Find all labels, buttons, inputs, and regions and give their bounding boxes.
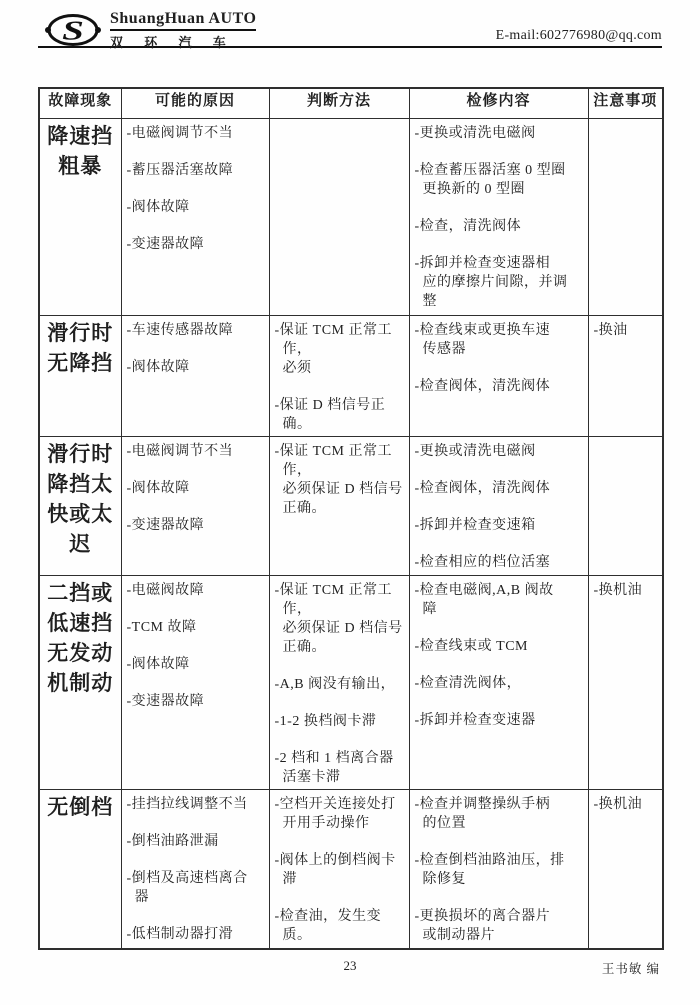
notes-cell: -换机油 bbox=[588, 575, 663, 789]
cell-item: -换油 bbox=[594, 321, 661, 340]
judgment-cell: -空档开关连接处打 开用手动操作-阀体上的倒档阀卡 滞-检查油，发生变质。 bbox=[269, 789, 409, 949]
cell-item: -倒档及高速档离合 器 bbox=[127, 869, 267, 907]
fault-table: 故障现象 可能的原因 判断方法 检修内容 注意事项 降速挡粗暴-电磁阀调节不当-… bbox=[38, 87, 664, 950]
cell-item: -2 档和 1 档离合器 活塞卡滞 bbox=[275, 749, 407, 787]
table-row: 降速挡粗暴-电磁阀调节不当-蓄压器活塞故障-阀体故障-变速器故障-更换或清洗电磁… bbox=[39, 118, 663, 315]
cell-item: -阀体故障 bbox=[127, 198, 267, 217]
table-header-row: 故障现象 可能的原因 判断方法 检修内容 注意事项 bbox=[39, 88, 663, 118]
causes-cell: -电磁阀调节不当-阀体故障-变速器故障 bbox=[121, 436, 269, 575]
column-header-phenomenon: 故障现象 bbox=[39, 88, 121, 118]
document-page: S ShuangHuan AUTO 双 环 汽 车 E-mail:6027769… bbox=[0, 0, 700, 1005]
repair-cell: -更换或清洗电磁阀-检查阀体，清洗阀体-拆卸并检查变速箱-检查相应的档位活塞 bbox=[409, 436, 588, 575]
notes-cell: -换油 bbox=[588, 315, 663, 436]
cell-item: -保证 TCM 正常工作， 必须 bbox=[275, 321, 407, 378]
column-header-repair: 检修内容 bbox=[409, 88, 588, 118]
cell-item: -检查，清洗阀体 bbox=[415, 217, 586, 236]
cell-item: -阀体故障 bbox=[127, 655, 267, 674]
judgment-cell: -保证 TCM 正常工作， 必须-保证 D 档信号正确。 bbox=[269, 315, 409, 436]
cell-item: -A,B 阀没有输出， bbox=[275, 675, 407, 694]
cell-item: -阀体故障 bbox=[127, 479, 267, 498]
cell-item: -更换或清洗电磁阀 bbox=[415, 442, 586, 461]
judgment-cell: -保证 TCM 正常工作， 必须保证 D 档信号 正确。 bbox=[269, 436, 409, 575]
cell-item: -检查线束或更换车速 传感器 bbox=[415, 321, 586, 359]
cell-item: -拆卸并检查变速箱 bbox=[415, 516, 586, 535]
cell-item: -检查油，发生变质。 bbox=[275, 907, 407, 945]
phenomenon-cell: 滑行时无降挡 bbox=[39, 315, 121, 436]
cell-item: -变速器故障 bbox=[127, 692, 267, 711]
notes-cell: -换机油 bbox=[588, 789, 663, 949]
causes-cell: -电磁阀故障-TCM 故障-阀体故障-变速器故障 bbox=[121, 575, 269, 789]
shuanghuan-logo-icon: S bbox=[44, 11, 102, 49]
cell-item: -拆卸并检查变速器相 应的摩擦片间隙，并调 整 bbox=[415, 254, 586, 311]
cell-item: -空档开关连接处打 开用手动操作 bbox=[275, 795, 407, 833]
table-row: 滑行时降挡太快或太迟-电磁阀调节不当-阀体故障-变速器故障-保证 TCM 正常工… bbox=[39, 436, 663, 575]
cell-item: -检查线束或 TCM bbox=[415, 637, 586, 656]
cell-item: -保证 TCM 正常工作， 必须保证 D 档信号 正确。 bbox=[275, 581, 407, 657]
judgment-cell: -保证 TCM 正常工作， 必须保证 D 档信号 正确。-A,B 阀没有输出，-… bbox=[269, 575, 409, 789]
cell-item: -保证 TCM 正常工作， 必须保证 D 档信号 正确。 bbox=[275, 442, 407, 518]
cell-item: -检查阀体，清洗阀体 bbox=[415, 479, 586, 498]
column-header-causes: 可能的原因 bbox=[121, 88, 269, 118]
cell-item: -更换或清洗电磁阀 bbox=[415, 124, 586, 143]
cell-item: -低档制动器打滑 bbox=[127, 925, 267, 944]
table-row: 滑行时无降挡-车速传感器故障-阀体故障-保证 TCM 正常工作， 必须-保证 D… bbox=[39, 315, 663, 436]
cell-item: -保证 D 档信号正确。 bbox=[275, 396, 407, 434]
column-header-judgment: 判断方法 bbox=[269, 88, 409, 118]
cell-item: -检查清洗阀体， bbox=[415, 674, 586, 693]
cell-item: -阀体上的倒档阀卡 滞 bbox=[275, 851, 407, 889]
brand-text: ShuangHuan AUTO 双 环 汽 车 bbox=[110, 10, 256, 51]
column-header-notes: 注意事项 bbox=[588, 88, 663, 118]
table-row: 无倒档-挂挡拉线调整不当-倒档油路泄漏-倒档及高速档离合 器-低档制动器打滑-空… bbox=[39, 789, 663, 949]
editor-credit: 王书敏 编 bbox=[602, 959, 660, 977]
cell-item: -蓄压器活塞故障 bbox=[127, 161, 267, 180]
brand-name-chinese: 双 环 汽 车 bbox=[110, 31, 256, 51]
contact-email: E-mail:602776980@qq.com bbox=[496, 28, 662, 44]
cell-item: -电磁阀故障 bbox=[127, 581, 267, 600]
cell-item: -检查并调整操纵手柄 的位置 bbox=[415, 795, 586, 833]
cell-item: -换机油 bbox=[594, 581, 661, 600]
notes-cell bbox=[588, 436, 663, 575]
brand-name-english: ShuangHuan AUTO bbox=[110, 10, 256, 31]
phenomenon-cell: 无倒档 bbox=[39, 789, 121, 949]
repair-cell: -检查线束或更换车速 传感器-检查阀体，清洗阀体 bbox=[409, 315, 588, 436]
brand-logo: S ShuangHuan AUTO 双 环 汽 车 bbox=[44, 10, 256, 51]
phenomenon-cell: 二挡或低速挡无发动机制动 bbox=[39, 575, 121, 789]
page-footer: 23 王书敏 编 bbox=[38, 958, 662, 978]
cell-item: -电磁阀调节不当 bbox=[127, 124, 267, 143]
cell-item: -拆卸并检查变速器 bbox=[415, 711, 586, 730]
cell-item: -检查蓄压器活塞 0 型圈 更换新的 0 型圈 bbox=[415, 161, 586, 199]
cell-item: -TCM 故障 bbox=[127, 618, 267, 637]
causes-cell: -挂挡拉线调整不当-倒档油路泄漏-倒档及高速档离合 器-低档制动器打滑 bbox=[121, 789, 269, 949]
phenomenon-cell: 降速挡粗暴 bbox=[39, 118, 121, 315]
judgment-cell bbox=[269, 118, 409, 315]
causes-cell: -电磁阀调节不当-蓄压器活塞故障-阀体故障-变速器故障 bbox=[121, 118, 269, 315]
cell-item: -检查倒档油路油压，排 除修复 bbox=[415, 851, 586, 889]
cell-item: -变速器故障 bbox=[127, 516, 267, 535]
repair-cell: -检查电磁阀,A,B 阀故 障-检查线束或 TCM-检查清洗阀体，-拆卸并检查变… bbox=[409, 575, 588, 789]
cell-item: -1-2 换档阀卡滞 bbox=[275, 712, 407, 731]
fault-table-body: 降速挡粗暴-电磁阀调节不当-蓄压器活塞故障-阀体故障-变速器故障-更换或清洗电磁… bbox=[39, 118, 663, 949]
svg-text:S: S bbox=[62, 16, 84, 46]
page-header: S ShuangHuan AUTO 双 环 汽 车 E-mail:6027769… bbox=[38, 8, 662, 48]
notes-cell bbox=[588, 118, 663, 315]
cell-item: -车速传感器故障 bbox=[127, 321, 267, 340]
page-number: 23 bbox=[38, 958, 662, 974]
repair-cell: -检查并调整操纵手柄 的位置-检查倒档油路油压，排 除修复-更换损坏的离合器片 … bbox=[409, 789, 588, 949]
phenomenon-cell: 滑行时降挡太快或太迟 bbox=[39, 436, 121, 575]
table-row: 二挡或低速挡无发动机制动-电磁阀故障-TCM 故障-阀体故障-变速器故障-保证 … bbox=[39, 575, 663, 789]
cell-item: -倒档油路泄漏 bbox=[127, 832, 267, 851]
causes-cell: -车速传感器故障-阀体故障 bbox=[121, 315, 269, 436]
cell-item: -更换损坏的离合器片 或制动器片 bbox=[415, 907, 586, 945]
cell-item: -阀体故障 bbox=[127, 358, 267, 377]
cell-item: -挂挡拉线调整不当 bbox=[127, 795, 267, 814]
cell-item: -换机油 bbox=[594, 795, 661, 814]
cell-item: -检查阀体，清洗阀体 bbox=[415, 377, 586, 396]
cell-item: -变速器故障 bbox=[127, 235, 267, 254]
repair-cell: -更换或清洗电磁阀-检查蓄压器活塞 0 型圈 更换新的 0 型圈-检查，清洗阀体… bbox=[409, 118, 588, 315]
cell-item: -电磁阀调节不当 bbox=[127, 442, 267, 461]
cell-item: -检查相应的档位活塞 bbox=[415, 553, 586, 572]
cell-item: -检查电磁阀,A,B 阀故 障 bbox=[415, 581, 586, 619]
